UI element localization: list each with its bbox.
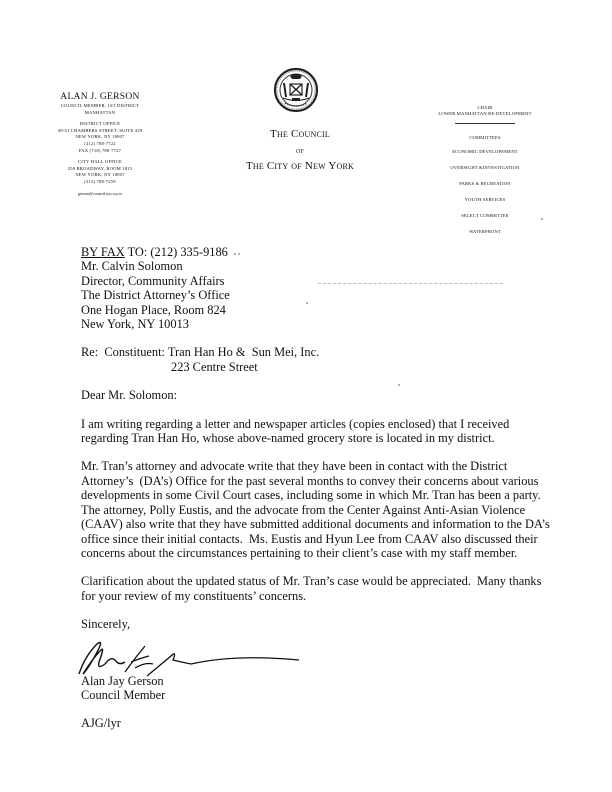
district-office-phone: (212) 788-7722: [38, 141, 162, 148]
scan-speck: [398, 384, 400, 386]
recipient-office: The District Attorney’s Office: [81, 288, 551, 302]
committees-label: COMMITTEES: [410, 132, 560, 144]
committee-item: YOUTH SERVICES: [410, 192, 560, 208]
member-title: COUNCIL MEMBER, 1ST DISTRICT: [38, 103, 162, 110]
re-line: Re: Constituent: Tran Han Ho & Sun Mei, …: [81, 345, 551, 374]
district-office-city: NEW YORK, NY 10007: [38, 134, 162, 141]
city-hall-office-city: NEW YORK, NY 10007: [38, 172, 162, 179]
typist-initials: AJG/lyr: [81, 716, 551, 730]
council-title-line3: The City of New York: [215, 158, 385, 174]
recipient-city: New York, NY 10013: [81, 317, 551, 331]
paragraph-1: I am writing regarding a letter and news…: [81, 417, 551, 446]
re-address: 223 Centre Street: [81, 360, 551, 374]
recipient-street: One Hogan Place, Room 824: [81, 303, 551, 317]
scan-speck: [306, 302, 308, 304]
scan-speck: [234, 253, 236, 255]
closing: Sincerely,: [81, 617, 551, 631]
city-hall-office-street: 250 BROADWAY, ROOM 1815: [38, 166, 162, 173]
committee-item: SELECT COMMITTEE: [410, 208, 560, 224]
recipient-title: Director, Community Affairs: [81, 274, 551, 288]
chair-committee: LOWER MANHATTAN RE-DEVELOPMENT: [410, 111, 560, 117]
committee-item: OVERSIGHT &INVESTIGATION: [410, 160, 560, 176]
committee-item: WATERFRONT: [410, 224, 560, 240]
council-title-line2: of: [215, 142, 385, 158]
fax-line: BY FAX TO: (212) 335-9186: [81, 245, 551, 259]
scan-speck: [238, 253, 240, 255]
city-hall-office-phone: (212) 788-7259: [38, 179, 162, 186]
paragraph-2: Mr. Tran’s attorney and advocate write t…: [81, 459, 551, 560]
committee-block: CHAIR LOWER MANHATTAN RE-DEVELOPMENT COM…: [410, 105, 560, 240]
re-constituent: Re: Constituent: Tran Han Ho & Sun Mei, …: [81, 345, 551, 359]
paragraph-3: Clarification about the updated status o…: [81, 574, 551, 603]
member-email: gerson@council.nyc.ny.us: [38, 191, 162, 197]
district-office-fax: FAX (718) 788-7727: [38, 148, 162, 155]
signer-title: Council Member: [81, 688, 551, 702]
handwritten-signature-icon: [81, 632, 551, 674]
recipient-address: BY FAX TO: (212) 335-9186 Mr. Calvin Sol…: [81, 245, 551, 331]
council-title: The Council of The City of New York: [215, 126, 385, 174]
letterhead-member-block: ALAN J. GERSON COUNCIL MEMBER, 1ST DISTR…: [38, 92, 162, 197]
council-title-line1: The Council: [215, 126, 385, 142]
member-borough: MANHATTAN: [38, 110, 162, 117]
letter-body: BY FAX TO: (212) 335-9186 Mr. Calvin Sol…: [81, 245, 551, 731]
fax-number: TO: (212) 335-9186: [125, 245, 228, 259]
fax-label: BY FAX: [81, 245, 125, 259]
member-name: ALAN J. GERSON: [38, 92, 162, 103]
divider: [455, 123, 515, 124]
committee-item: PARKS & RECREATION: [410, 176, 560, 192]
committee-item: ECONOMIC DEVELOPEMENT: [410, 144, 560, 160]
scan-speck: [541, 218, 543, 220]
city-seal-icon: [273, 67, 319, 113]
district-office-heading: DISTRICT OFFICE: [38, 121, 162, 128]
salutation: Dear Mr. Solomon:: [81, 388, 551, 402]
city-hall-office-heading: CITY HALL OFFICE: [38, 159, 162, 166]
recipient-name: Mr. Calvin Solomon: [81, 259, 551, 273]
district-office-street: 49-51 CHAMBERS STREET, SUITE 429: [38, 128, 162, 135]
